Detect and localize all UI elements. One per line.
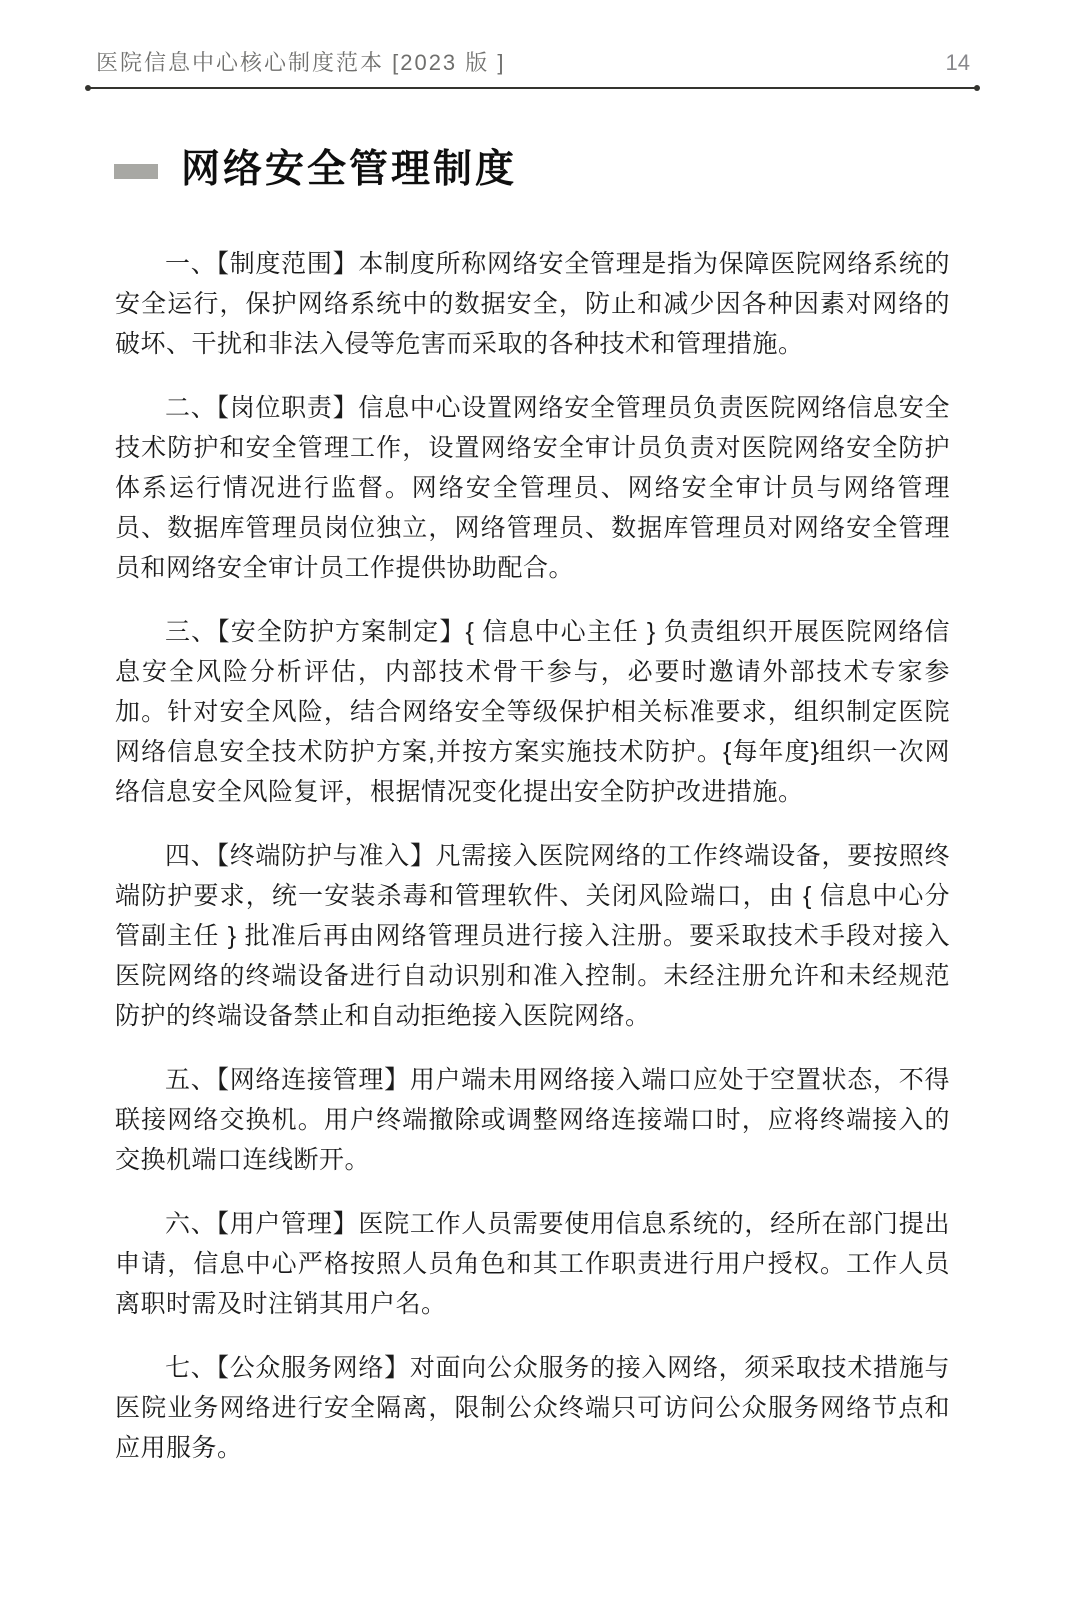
paragraph: 四、【终端防护与准入】凡需接入医院网络的工作终端设备，要按照终端防护要求，统一安… xyxy=(115,836,950,1036)
paragraph: 五、【网络连接管理】用户端未用网络接入端口应处于空置状态，不得联接网络交换机。用… xyxy=(115,1060,950,1180)
document-page: 医院信息中心核心制度范本 [2023 版 ] 14 网络安全管理制度 一、【制度… xyxy=(0,0,1066,1600)
paragraph: 二、【岗位职责】信息中心设置网络安全管理员负责医院网络信息安全技术防护和安全管理… xyxy=(115,388,950,588)
document-body: 一、【制度范围】本制度所称网络安全管理是指为保障医院网络系统的安全运行，保护网络… xyxy=(115,244,950,1468)
section-title-block: 网络安全管理制度 xyxy=(114,147,1066,194)
section-title: 网络安全管理制度 xyxy=(181,147,517,194)
title-marker-icon xyxy=(114,164,158,179)
divider-right-dot xyxy=(974,85,980,91)
paragraph: 六、【用户管理】医院工作人员需要使用信息系统的，经所在部门提出申请，信息中心严格… xyxy=(115,1204,950,1324)
divider-left-dot xyxy=(85,85,91,91)
page-header: 医院信息中心核心制度范本 [2023 版 ] 14 xyxy=(96,46,970,77)
paragraph: 一、【制度范围】本制度所称网络安全管理是指为保障医院网络系统的安全运行，保护网络… xyxy=(115,244,950,364)
header-divider xyxy=(87,87,978,89)
header-doc-title: 医院信息中心核心制度范本 [2023 版 ] xyxy=(96,46,506,77)
paragraph: 三、【安全防护方案制定】{ 信息中心主任 } 负责组织开展医院网络信息安全风险分… xyxy=(115,612,950,812)
paragraph: 七、【公众服务网络】对面向公众服务的接入网络，须采取技术措施与医院业务网络进行安… xyxy=(115,1348,950,1468)
header-page-number: 14 xyxy=(946,50,970,76)
